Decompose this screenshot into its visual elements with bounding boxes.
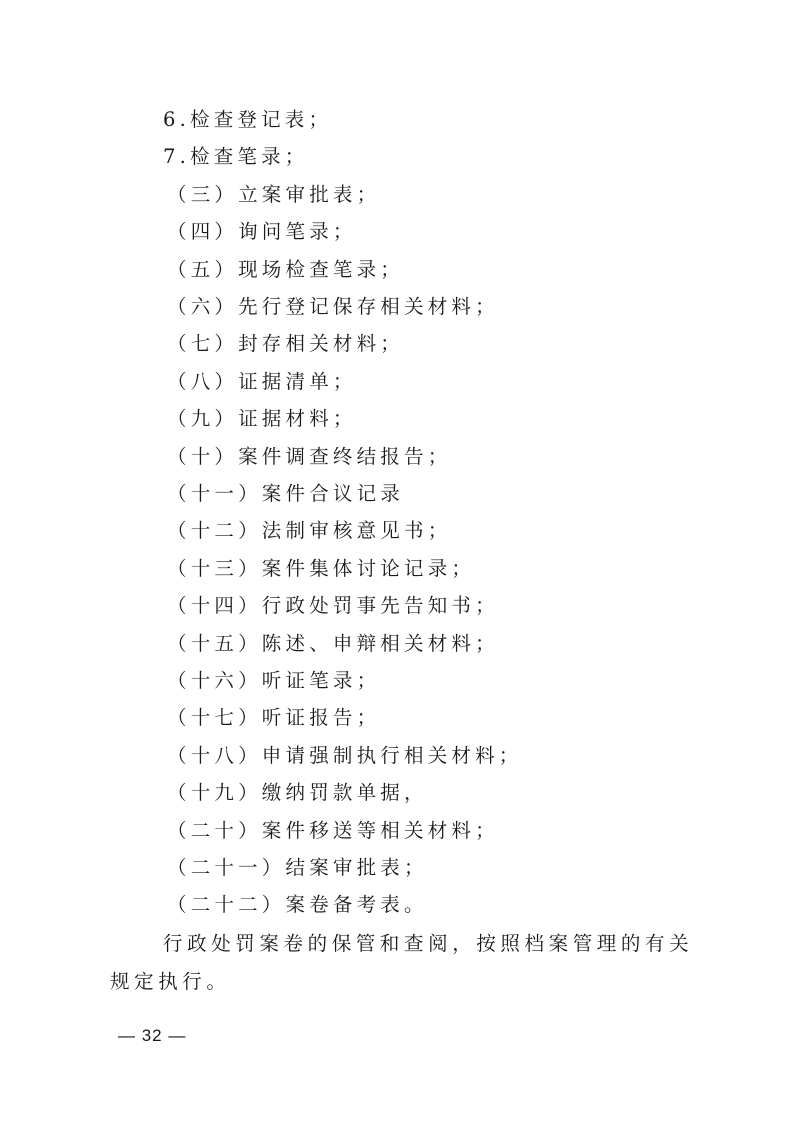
list-item: （三）立案审批表； bbox=[167, 183, 380, 207]
list-item: （十六）听证笔录； bbox=[167, 669, 380, 693]
closing-paragraph: 行政处罚案卷的保管和查阅，按照档案管理的有关规定执行。 bbox=[110, 925, 710, 1000]
list-item: （十）案件调查终结报告； bbox=[167, 445, 451, 469]
list-item: （十二）法制审核意见书； bbox=[167, 519, 451, 543]
list-item: （十五）陈述、申辩相关材料； bbox=[167, 632, 499, 656]
list-item: （二十）案件移送等相关材料； bbox=[167, 819, 499, 843]
list-item: （十四）行政处罚事先告知书； bbox=[167, 594, 499, 618]
list-item: （五）现场检查笔录； bbox=[167, 258, 404, 282]
list-item: （七）封存相关材料； bbox=[167, 332, 404, 356]
list-item: （六）先行登记保存相关材料； bbox=[167, 295, 499, 319]
list-item: （四）询问笔录； bbox=[167, 220, 357, 244]
list-item: （二十一）结案审批表； bbox=[167, 856, 428, 880]
list-item: （十八）申请强制执行相关材料； bbox=[167, 744, 523, 768]
list-item: （二十二）案卷备考表。 bbox=[167, 893, 428, 917]
list-item: （九）证据材料； bbox=[167, 407, 357, 431]
list-item: 7.检查笔录； bbox=[163, 145, 309, 169]
list-item: （八）证据清单； bbox=[167, 370, 357, 394]
list-item: （十一）案件合议记录 bbox=[167, 482, 404, 506]
list-item: （十九）缴纳罚款单据， bbox=[167, 781, 428, 805]
document-page: 6.检查登记表；7.检查笔录；（三）立案审批表；（四）询问笔录；（五）现场检查笔… bbox=[0, 0, 793, 1122]
list-item: （十三）案件集体讨论记录； bbox=[167, 557, 475, 581]
list-item: （十七）听证报告； bbox=[167, 706, 380, 730]
page-number: — 32 — bbox=[118, 1026, 186, 1046]
list-item: 6.检查登记表； bbox=[163, 108, 332, 132]
